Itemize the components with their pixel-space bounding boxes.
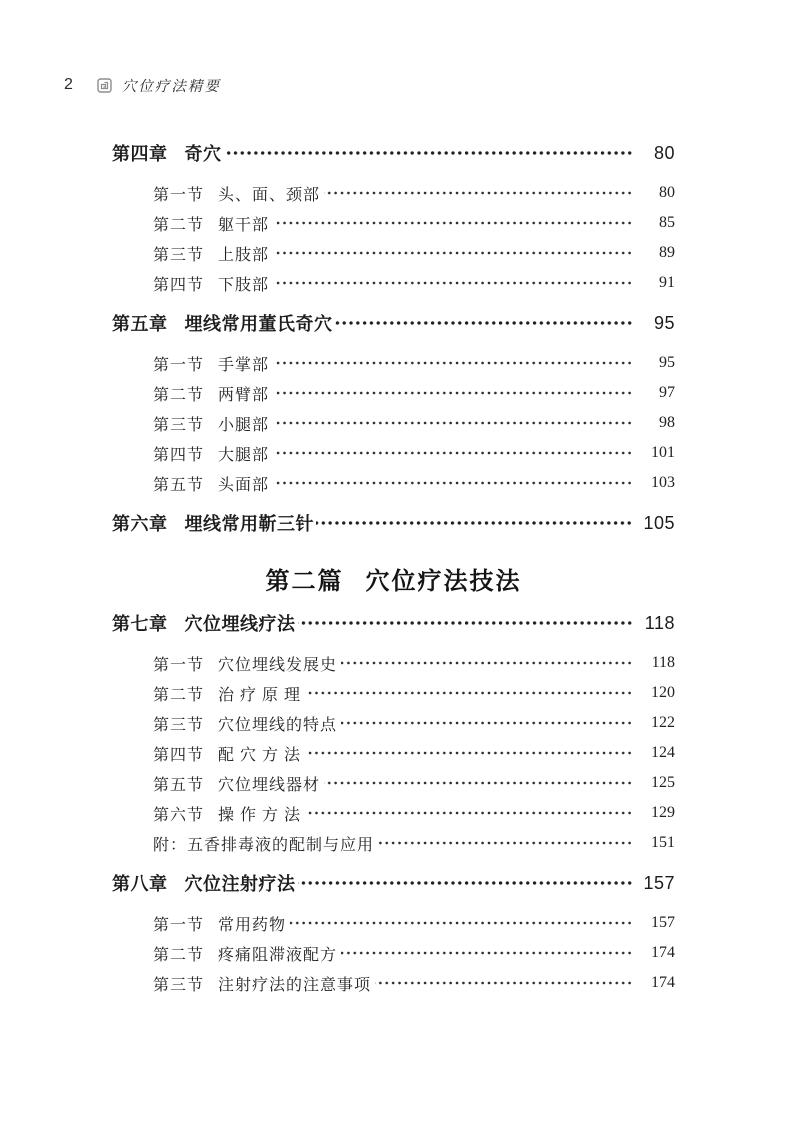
section-page-number: 124: [641, 744, 675, 762]
section-title: 躯干部: [218, 212, 269, 235]
section-page-number: 85: [641, 214, 675, 232]
section-label: 第三节: [153, 412, 204, 435]
toc-appendix-row: 附： 五香排毒液的配制与应用 151: [112, 828, 675, 858]
section-label: 第二节: [153, 942, 204, 965]
dot-leader: [305, 748, 633, 758]
section-page-number: 91: [641, 274, 675, 292]
dot-leader: [375, 978, 633, 988]
chapter-page-number: 105: [641, 513, 675, 534]
section-page-number: 80: [641, 184, 675, 202]
section-title: 穴位埋线器材: [218, 772, 320, 795]
section-title: 常用药物: [218, 912, 286, 935]
section-page-number: 129: [641, 804, 675, 822]
chapter-label: 第六章: [112, 510, 168, 536]
section-page-number: 157: [641, 914, 675, 932]
chapter-page-number: 95: [641, 313, 675, 334]
toc-chapter-row: 第四章 奇穴 80: [112, 138, 675, 168]
appendix-page-number: 151: [641, 834, 675, 852]
toc-section-row: 第一节 穴位埋线发展史 118: [112, 648, 675, 678]
section-page-number: 174: [641, 974, 675, 992]
page-header: 2 穴位疗法精要: [64, 74, 675, 96]
section-page-number: 97: [641, 384, 675, 402]
page-number: 2: [64, 76, 73, 94]
section-title: 头、面、颈部: [218, 182, 320, 205]
section-page-number: 95: [641, 354, 675, 372]
section-page-number: 98: [641, 414, 675, 432]
toc-section-row: 第一节 手掌部 95: [112, 348, 675, 378]
toc-section-row: 第二节 两臂部 97: [112, 378, 675, 408]
dot-leader: [341, 658, 633, 668]
section-label: 第三节: [153, 242, 204, 265]
section-title: 注射疗法的注意事项: [218, 972, 371, 995]
toc-section-row: 第一节 常用药物 157: [112, 908, 675, 938]
section-label: 第三节: [153, 712, 204, 735]
section-title: 手掌部: [218, 352, 269, 375]
section-label: 第一节: [153, 912, 204, 935]
chapter-page-number: 118: [641, 613, 675, 634]
section-page-number: 125: [641, 774, 675, 792]
chapter-title: 奇穴: [185, 140, 222, 166]
chapter-label: 第四章: [112, 140, 168, 166]
chapter-title: 穴位埋线疗法: [185, 610, 296, 636]
chapter-label: 第五章: [112, 310, 168, 336]
chapter-label: 第七章: [112, 610, 168, 636]
chapter-title: 埋线常用靳三针: [185, 510, 315, 536]
dot-leader: [298, 618, 634, 628]
section-page-number: 118: [641, 654, 675, 672]
toc-section-row: 第四节 配 穴 方 法 124: [112, 738, 675, 768]
section-title: 小腿部: [218, 412, 269, 435]
book-title: 穴位疗法精要: [122, 75, 221, 96]
part-label: 第二篇: [266, 561, 344, 596]
section-label: 第一节: [153, 182, 204, 205]
dot-leader: [273, 478, 633, 488]
chapter-label: 第八章: [112, 870, 168, 896]
toc-chapter-row: 第七章 穴位埋线疗法 118: [112, 608, 675, 638]
chapter-title: 埋线常用董氏奇穴: [185, 310, 333, 336]
section-title: 上肢部: [218, 242, 269, 265]
section-title: 大腿部: [218, 442, 269, 465]
section-title: 穴位埋线的特点: [218, 712, 337, 735]
section-label: 第四节: [153, 742, 204, 765]
section-title: 头面部: [218, 472, 269, 495]
toc-chapter-row: 第八章 穴位注射疗法 157: [112, 868, 675, 898]
table-of-contents: 第四章 奇穴 80 第一节 头、面、颈部 80 第二节 躯干部 85 第三节 上…: [112, 138, 675, 998]
dot-leader: [324, 778, 633, 788]
toc-section-row: 第二节 治 疗 原 理 120: [112, 678, 675, 708]
chapter-page-number: 80: [641, 143, 675, 164]
section-title: 两臂部: [218, 382, 269, 405]
toc-section-row: 第四节 下肢部 91: [112, 268, 675, 298]
toc-section-row: 第一节 头、面、颈部 80: [112, 178, 675, 208]
toc-section-row: 第三节 上肢部 89: [112, 238, 675, 268]
dot-leader: [273, 218, 633, 228]
section-label: 第五节: [153, 472, 204, 495]
section-title: 下肢部: [218, 272, 269, 295]
dot-leader: [290, 918, 633, 928]
section-page-number: 103: [641, 474, 675, 492]
section-page-number: 89: [641, 244, 675, 262]
toc-section-row: 第三节 穴位埋线的特点 122: [112, 708, 675, 738]
section-title: 配 穴 方 法: [218, 742, 301, 765]
dot-leader: [316, 518, 633, 528]
section-title: 操 作 方 法: [218, 802, 301, 825]
toc-section-row: 第三节 小腿部 98: [112, 408, 675, 438]
dot-leader: [273, 358, 633, 368]
section-label: 第六节: [153, 802, 204, 825]
section-label: 第二节: [153, 212, 204, 235]
toc-section-row: 第二节 疼痛阻滞液配方 174: [112, 938, 675, 968]
toc-section-row: 第三节 注射疗法的注意事项 174: [112, 968, 675, 998]
section-page-number: 174: [641, 944, 675, 962]
appendix-title: 五香排毒液的配制与应用: [187, 832, 374, 855]
dot-leader: [273, 278, 633, 288]
toc-section-row: 第四节 大腿部 101: [112, 438, 675, 468]
section-page-number: 120: [641, 684, 675, 702]
dot-leader: [341, 718, 633, 728]
section-label: 第五节: [153, 772, 204, 795]
section-label: 第二节: [153, 682, 204, 705]
section-label: 第一节: [153, 652, 204, 675]
part-title: 穴位疗法技法: [366, 561, 522, 596]
section-label: 第一节: [153, 352, 204, 375]
toc-section-row: 第六节 操 作 方 法 129: [112, 798, 675, 828]
dot-leader: [324, 188, 633, 198]
section-label: 第三节: [153, 972, 204, 995]
section-title: 穴位埋线发展史: [218, 652, 337, 675]
toc-section-row: 第二节 躯干部 85: [112, 208, 675, 238]
section-title: 治 疗 原 理: [218, 682, 301, 705]
chapter-page-number: 157: [641, 873, 675, 894]
dot-leader: [298, 878, 634, 888]
chapter-title: 穴位注射疗法: [185, 870, 296, 896]
dot-leader: [273, 388, 633, 398]
part-divider: 第二篇 穴位疗法技法: [112, 560, 675, 596]
dot-leader: [305, 688, 633, 698]
dot-leader: [273, 448, 633, 458]
spiral-square-icon: [97, 78, 112, 93]
section-title: 疼痛阻滞液配方: [218, 942, 337, 965]
dot-leader: [273, 248, 633, 258]
section-label: 第四节: [153, 272, 204, 295]
section-label: 第二节: [153, 382, 204, 405]
dot-leader: [378, 838, 633, 848]
section-page-number: 122: [641, 714, 675, 732]
dot-leader: [273, 418, 633, 428]
dot-leader: [335, 318, 634, 328]
section-page-number: 101: [641, 444, 675, 462]
toc-section-row: 第五节 头面部 103: [112, 468, 675, 498]
toc-section-row: 第五节 穴位埋线器材 125: [112, 768, 675, 798]
appendix-label: 附：: [153, 832, 187, 855]
dot-leader: [224, 148, 634, 158]
toc-chapter-row: 第五章 埋线常用董氏奇穴 95: [112, 308, 675, 338]
dot-leader: [341, 948, 633, 958]
toc-chapter-row: 第六章 埋线常用靳三针 105: [112, 508, 675, 538]
dot-leader: [305, 808, 633, 818]
section-label: 第四节: [153, 442, 204, 465]
